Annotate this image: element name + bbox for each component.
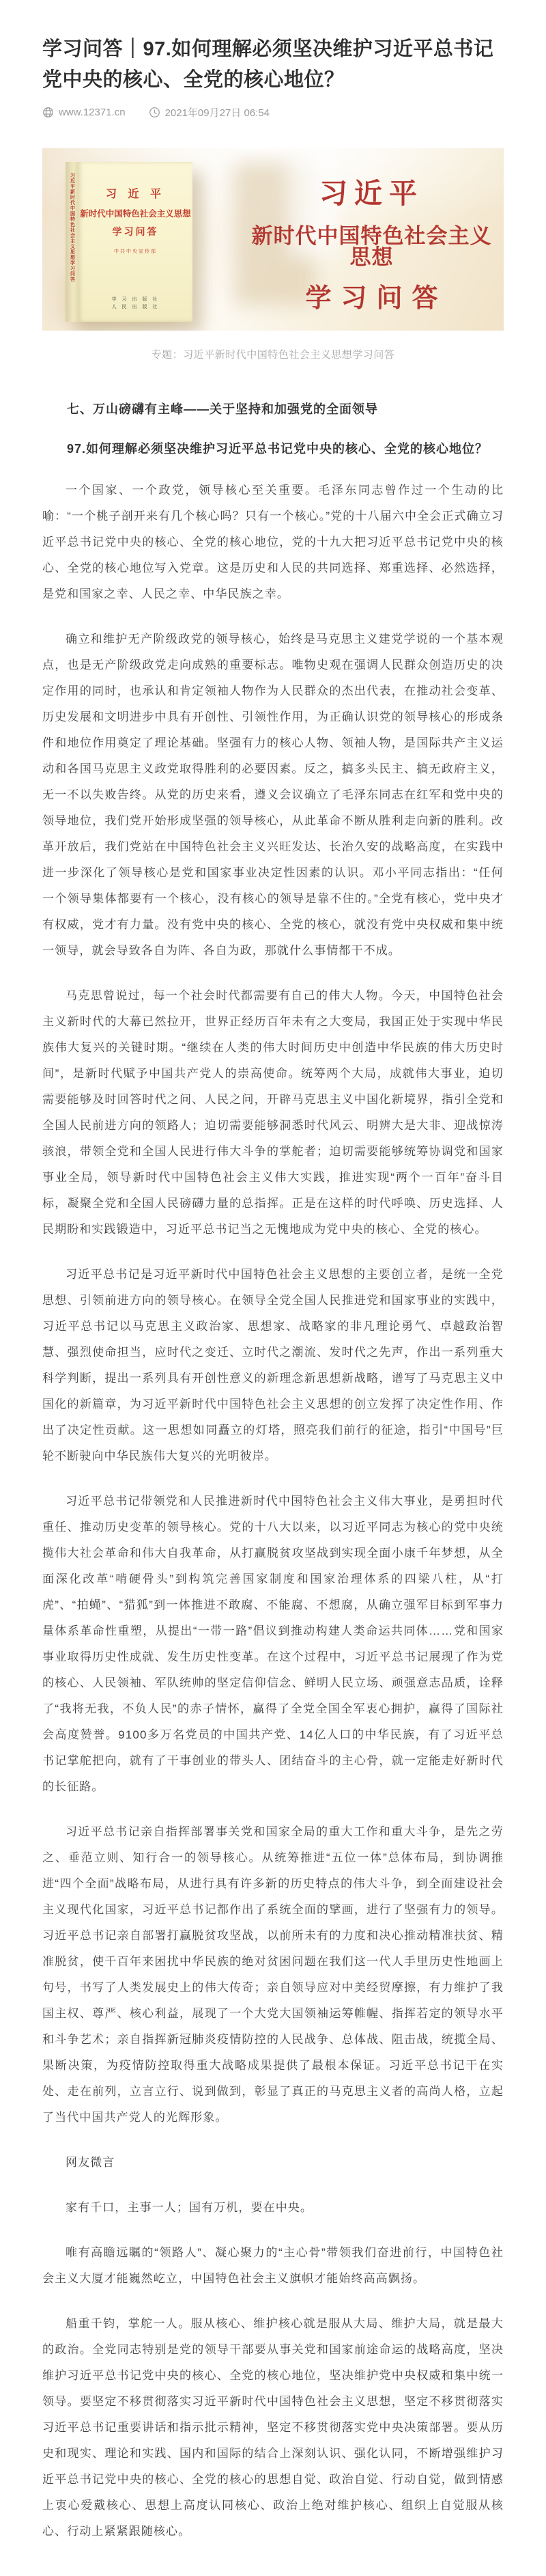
body-paragraph: 习近平总书记是习近平新时代中国特色社会主义思想的主要创立者，是统一全党思想、引领…: [42, 1262, 504, 1469]
book-publisher-line1: 学 习 出 版 社: [112, 296, 160, 303]
book-spine-text: 习近平新时代中国特色社会主义思想学习问答: [69, 173, 76, 282]
body-paragraph: 确立和维护无产阶级政党的领导核心，始终是马克思主义建党学说的一个基本观点，也是无…: [42, 626, 504, 964]
section-heading: 七、万山磅礴有主峰——关于坚持和加强党的全面领导: [42, 400, 504, 417]
book-publishers: 学 习 出 版 社 人 民 出 版 社: [112, 296, 160, 311]
body-paragraph: 一个国家、一个政党，领导核心至关重要。毛泽东同志曾作过一个生动的比喻：“一个桃子…: [42, 477, 504, 607]
banner-headline-line2: 新时代中国特色社会主义思想: [244, 225, 500, 268]
comment-paragraph: 家有千口，主事一人；国有万机，要在中央。: [42, 2195, 504, 2221]
comment-paragraph: 唯有高瞻远瞩的“领路人”、凝心聚力的“主心骨”带领我们奋进前行，中国特色社会主义…: [42, 2240, 504, 2292]
image-caption: 专题：习近平新时代中国特色社会主义思想学习问答: [42, 347, 504, 361]
body-paragraph: 习近平总书记带领党和人民推进新时代中国特色社会主义伟大事业，是勇担时代重任、推动…: [42, 1488, 504, 1800]
book-cover-illustration: 习近平新时代中国特色社会主义思想学习问答 习 近 平 新时代中国特色社会主义思想…: [66, 162, 192, 322]
book-subtitle: 中共中央宣传部: [114, 248, 157, 255]
meta-source: www.12371.cn: [42, 107, 126, 118]
banner-headline: 习近平 新时代中国特色社会主义思想 学习问答: [244, 180, 500, 311]
banner-headline-line1: 习近平: [244, 180, 500, 208]
book-title-line2: 新时代中国特色社会主义思想: [80, 207, 191, 219]
clock-icon: [149, 107, 160, 118]
book-title-line1: 习 近 平: [106, 185, 165, 201]
page-title: 学习问答｜97.如何理解必须坚决维护习近平总书记党中央的核心、全党的核心地位？: [42, 34, 504, 96]
body-paragraph: 习近平总书记亲自指挥部署事关党和国家全局的重大工作和重大斗争，是先之劳之、垂范立…: [42, 1819, 504, 2131]
meta-datetime: 2021年09月27日 06:54: [149, 105, 270, 120]
comment-paragraph: 船重千钧，掌舵一人。服从核心、维护核心就是服从大局、维护大局，就是最大的政治。全…: [42, 2311, 504, 2545]
article-body: 七、万山磅礴有主峰——关于坚持和加强党的全面领导 97.如何理解必须坚决维护习近…: [42, 400, 504, 2545]
subsection-label: 网友微言: [42, 2150, 504, 2176]
question-heading: 97.如何理解必须坚决维护习近平总书记党中央的核心、全党的核心地位？: [42, 439, 504, 457]
banner-image: 习近平新时代中国特色社会主义思想学习问答 习 近 平 新时代中国特色社会主义思想…: [42, 148, 504, 331]
source-text: www.12371.cn: [59, 107, 126, 118]
book-spine: 习近平新时代中国特色社会主义思想学习问答: [66, 162, 78, 322]
book-title-line3: 学习问答: [113, 225, 159, 238]
book-front-cover: 习 近 平 新时代中国特色社会主义思想 学习问答 中共中央宣传部 学 习 出 版…: [78, 162, 192, 322]
globe-icon: [42, 107, 54, 118]
article-page: 学习问答｜97.如何理解必须坚决维护习近平总书记党中央的核心、全党的核心地位？ …: [0, 34, 546, 2545]
book-publisher-line2: 人 民 出 版 社: [112, 303, 160, 311]
article-meta: www.12371.cn 2021年09月27日 06:54: [42, 105, 504, 120]
body-paragraph: 马克思曾说过，每一个社会时代都需要有自己的伟大人物。今天，中国特色社会主义新时代…: [42, 983, 504, 1243]
datetime-text: 2021年09月27日 06:54: [165, 105, 270, 120]
banner-headline-line3: 学习问答: [244, 286, 500, 311]
